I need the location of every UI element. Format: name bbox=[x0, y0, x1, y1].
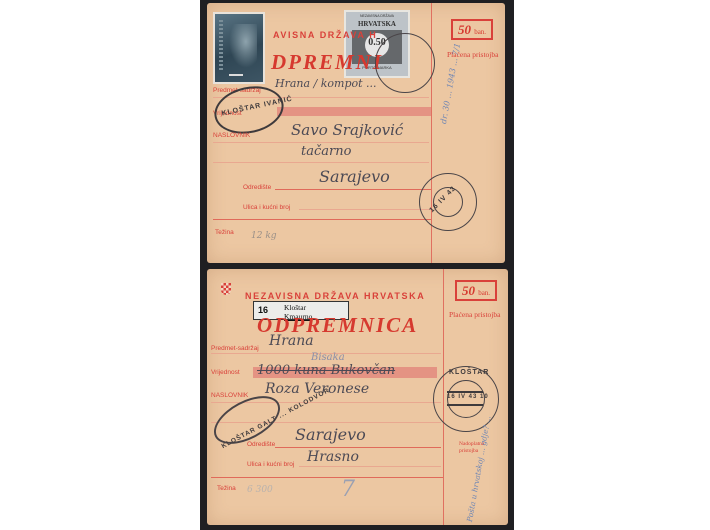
label-destination: Odredište bbox=[247, 441, 275, 448]
handwritten-contents: Hrana / kompot ... bbox=[275, 77, 377, 90]
handwritten-destination: Sarajevo bbox=[319, 167, 390, 186]
dispatch-card-top: NEZAVISNA DRŽAVA HRVATSKA 0.50 PORTO MAR… bbox=[207, 3, 505, 263]
handwritten-street: Hrasno bbox=[307, 449, 359, 465]
handwritten-contents: Hrana bbox=[269, 333, 314, 349]
dispatch-card-bottom: NEZAVISNA DRŽAVA HRVATSKA 16 Kloštar Kma… bbox=[207, 269, 508, 525]
postmark-date: 16 IV 43 10 bbox=[447, 394, 489, 400]
card-title: DPREMNI bbox=[271, 50, 383, 75]
fee-unit: ban. bbox=[478, 289, 490, 297]
fee-box: 50 ban. bbox=[451, 19, 493, 40]
stamp-caption-top: NEZAVISNA DRŽAVA bbox=[350, 14, 404, 19]
fee-box: 50 ban. bbox=[455, 280, 497, 301]
fee-caption: Plaćena pristojba bbox=[449, 310, 500, 319]
card-header: NEZAVISNA DRŽAVA HRVATSKA bbox=[245, 291, 425, 301]
handwritten-value-correction: Bisaka bbox=[311, 352, 345, 363]
fee-value: 50 bbox=[462, 283, 475, 298]
label-street: Ulica i kućni broj bbox=[247, 461, 294, 468]
card-header: AVISNA DRŽAVA H bbox=[273, 30, 377, 40]
margin-note: dr. 30 ... 1943 ... 7/1 bbox=[439, 42, 462, 124]
definitive-stamp bbox=[213, 12, 265, 84]
coat-of-arms-icon bbox=[221, 283, 231, 295]
handwritten-mark: 7 bbox=[341, 477, 355, 502]
label-contents: Predmet-sadržaj bbox=[211, 345, 259, 352]
label-addressee: NASLOVNIK bbox=[211, 392, 248, 399]
label-weight: Težina bbox=[217, 485, 236, 492]
handwritten-weight: 6 300 bbox=[247, 485, 273, 495]
town-line-1: Kloštar bbox=[284, 303, 312, 312]
handwritten-destination: Sarajevo bbox=[295, 425, 366, 444]
fee-value: 50 bbox=[458, 22, 471, 37]
label-weight: Težina bbox=[215, 229, 234, 236]
label-destination: Odredište bbox=[243, 184, 271, 191]
stamp-country: HRVATSKA bbox=[350, 20, 404, 28]
label-value: Vrijednost bbox=[211, 369, 240, 376]
postmark-circle bbox=[375, 33, 435, 93]
handwritten-addressee: Savo Srajković bbox=[291, 121, 403, 139]
fee-unit: ban. bbox=[474, 28, 486, 36]
label-street: Ulica i kućni broj bbox=[243, 204, 290, 211]
value-band bbox=[277, 107, 431, 116]
postmark-town: KLOŠTAR bbox=[449, 369, 489, 376]
label-addressee: NASLOVNIK bbox=[213, 132, 250, 139]
handwritten-weight: 12 kg bbox=[251, 231, 277, 241]
handwritten-value: 1000 kuna Bukovčan bbox=[257, 363, 395, 378]
handwritten-addressee-line2: tačarno bbox=[301, 144, 351, 159]
